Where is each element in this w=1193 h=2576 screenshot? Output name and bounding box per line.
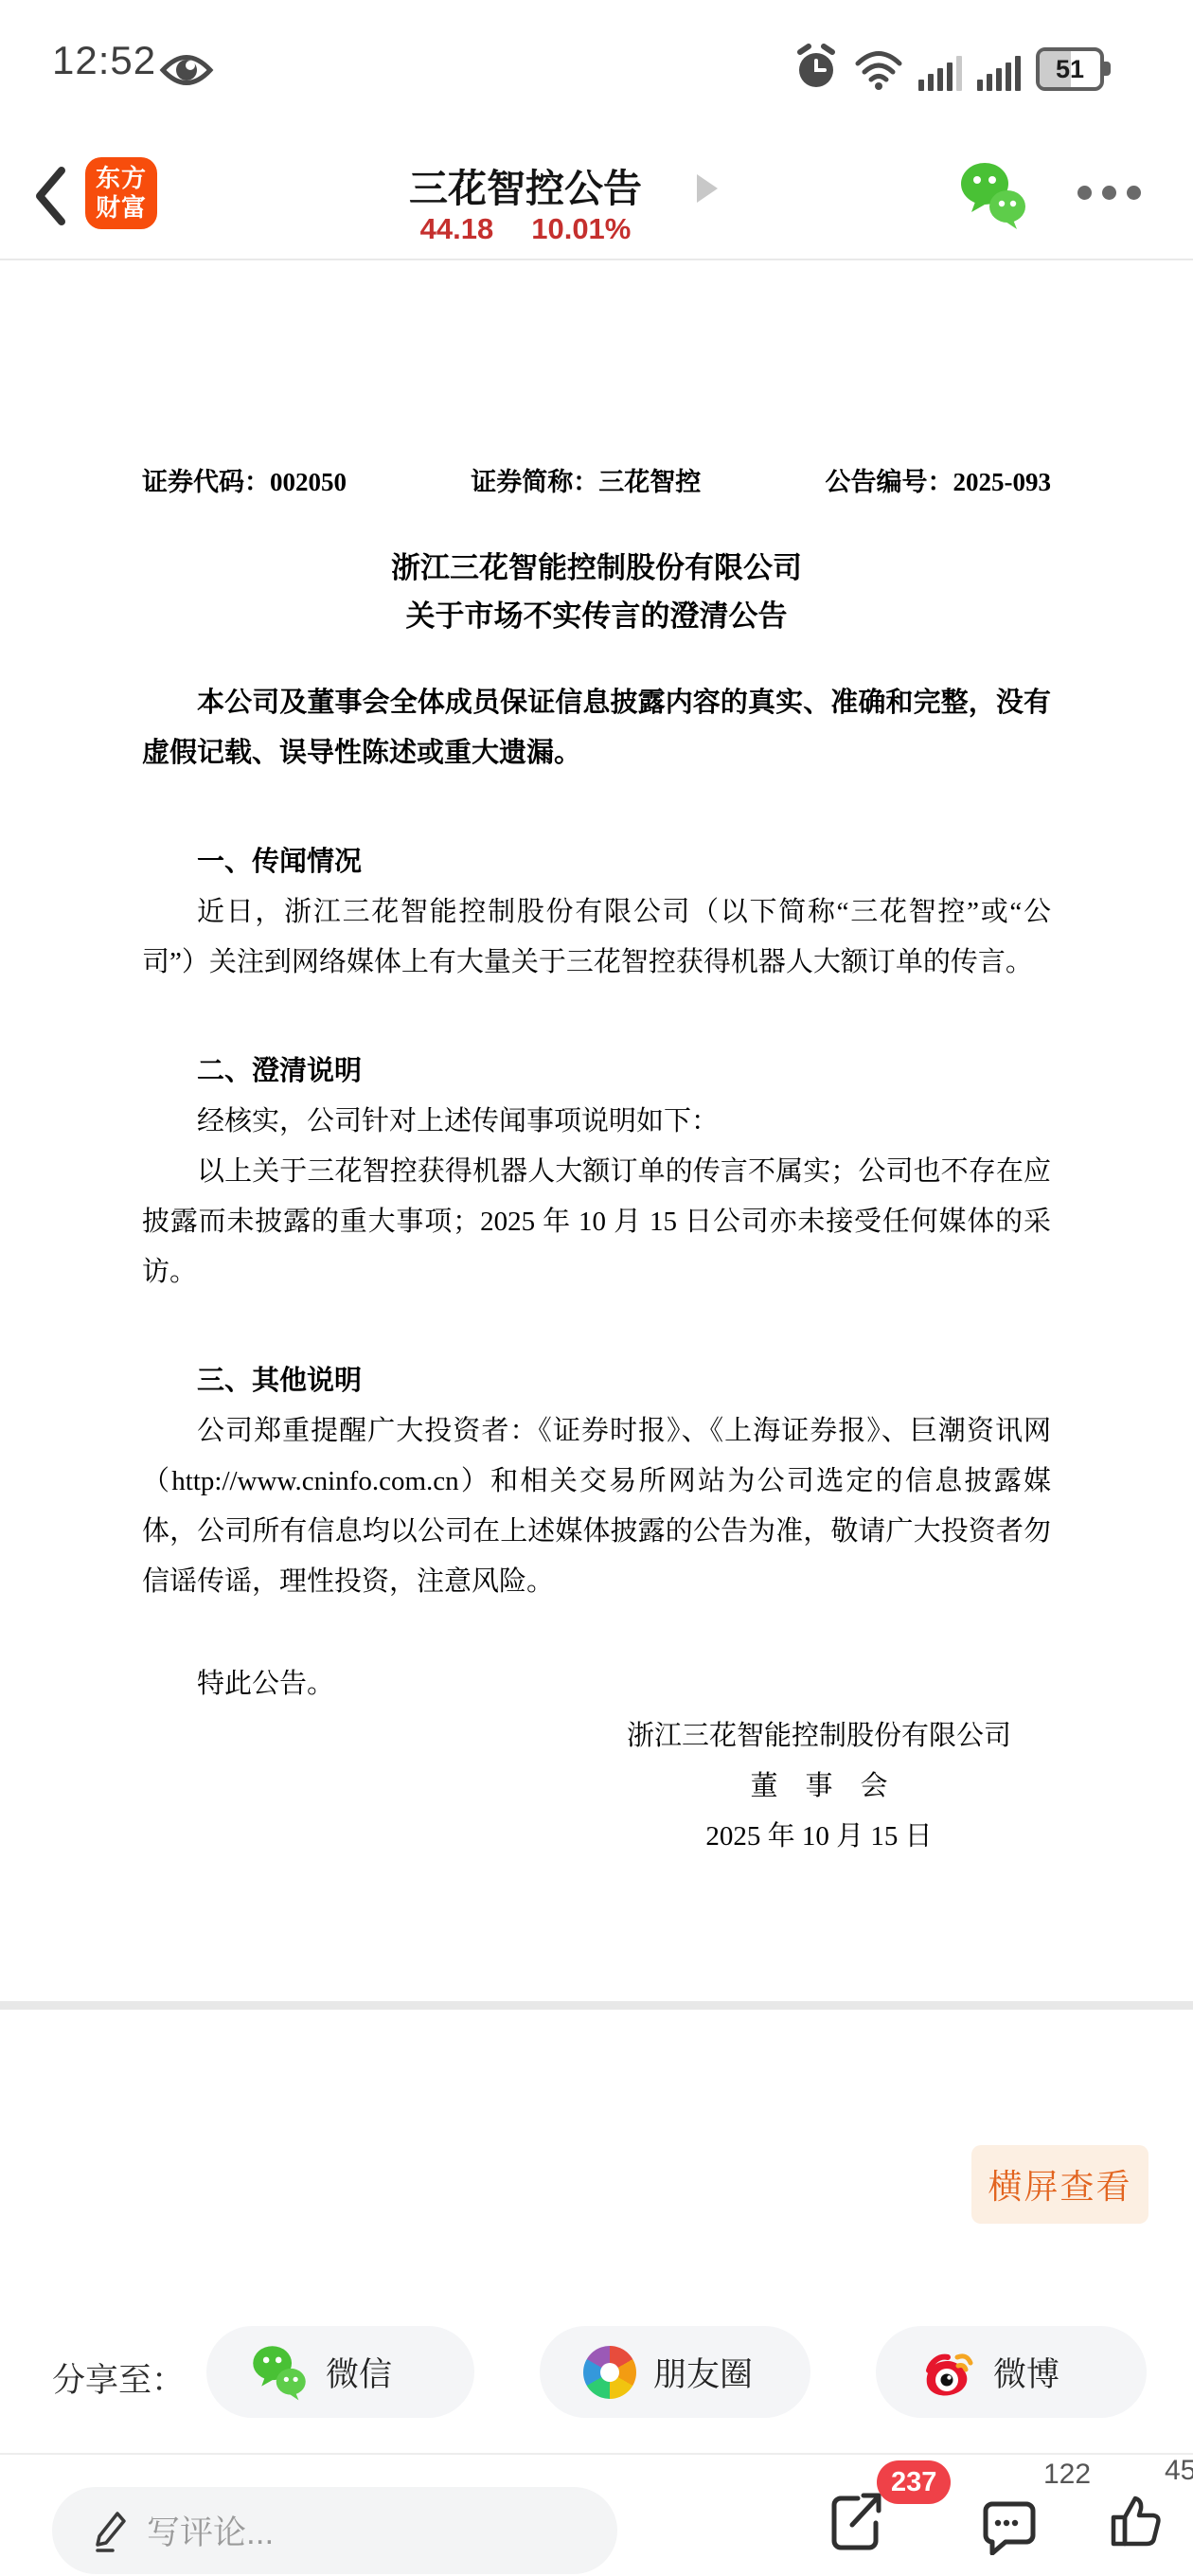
wifi-icon (854, 49, 903, 91)
comment-input[interactable]: 写评论... (52, 2487, 617, 2574)
signal-strength-icon-sim2 (977, 55, 1021, 91)
document-section-3: 三、其他说明 公司郑重提醒广大投资者：《证券时报》、《上海证券报》、巨潮资讯网（… (142, 1356, 1051, 1607)
share-wechat-label: 微信 (326, 2349, 392, 2396)
section-paragraph: 经核实，公司针对上述传闻事项说明如下： (142, 1097, 1051, 1147)
more-options-button[interactable] (1077, 186, 1141, 200)
signature-board: 董 事 会 (627, 1762, 1011, 1812)
stock-change: 10.01% (531, 212, 631, 246)
status-icons: 51 (793, 44, 1104, 91)
weibo-icon (919, 2344, 976, 2401)
signal-strength-icon-sim1 (918, 55, 962, 91)
bottom-bar-divider (0, 2453, 1193, 2455)
dot (1077, 186, 1092, 200)
like-count: 45 (1165, 2455, 1193, 2487)
chevron-left-icon (34, 166, 66, 226)
landscape-view-button[interactable]: 横屏查看 (971, 2145, 1148, 2224)
comment-button[interactable] (977, 2496, 1036, 2555)
battery-percent: 51 (1056, 57, 1084, 82)
battery-indicator: 51 (1036, 47, 1104, 91)
section-divider (0, 2001, 1193, 2010)
section-paragraph: 公司郑重提醒广大投资者：《证券时报》、《上海证券报》、巨潮资讯网（http://… (142, 1406, 1051, 1607)
document-title-line1: 浙江三花智能控制股份有限公司 (142, 544, 1051, 592)
clock-time: 12:52 (52, 38, 156, 83)
section-paragraph: 近日，浙江三花智能控制股份有限公司（以下简称“三花智控”或“公司”）关注到网络媒… (142, 887, 1051, 988)
share-wechat-button[interactable]: 微信 (206, 2326, 474, 2418)
section-heading: 二、澄清说明 (142, 1046, 1051, 1097)
title-arrow-icon (697, 174, 718, 203)
signature-date: 2025 年 10 月 15 日 (627, 1812, 1011, 1862)
alarm-icon (793, 44, 839, 91)
share-weibo-label: 微博 (993, 2349, 1059, 2396)
stock-quote: 44.18 10.01% (142, 212, 909, 246)
comment-count: 122 (1043, 2459, 1091, 2491)
announcement-number: 公告编号：2025-093 (826, 466, 1052, 498)
document-intro: 本公司及董事会全体成员保证信息披露内容的真实、准确和完整，没有虚假记载、误导性陈… (142, 678, 1051, 778)
document-section-1: 一、传闻情况 近日，浙江三花智能控制股份有限公司（以下简称“三花智控”或“公司”… (142, 837, 1051, 988)
section-paragraph: 以上关于三花智控获得机器人大额订单的传言不属实；公司也不存在应披露而未披露的重大… (142, 1147, 1051, 1297)
screen: 12:52 51 (0, 0, 1193, 2576)
signature-block: 浙江三花智能控制股份有限公司 董 事 会 2025 年 10 月 15 日 (627, 1711, 1011, 1862)
page-title: 三花智控公告 (142, 157, 909, 213)
share-moments-button[interactable]: 朋友圈 (540, 2326, 810, 2418)
signature-company: 浙江三花智能控制股份有限公司 (627, 1711, 1011, 1762)
comment-placeholder: 写评论... (147, 2507, 274, 2554)
logo-line1: 东方 (96, 164, 147, 193)
wechat-icon (250, 2343, 309, 2402)
document-meta-row: 证券代码：002050 证券简称：三花智控 公告编号：2025-093 (142, 466, 1051, 498)
security-code: 证券代码：002050 (142, 466, 347, 498)
share-weibo-button[interactable]: 微博 (876, 2326, 1147, 2418)
section-heading: 三、其他说明 (142, 1356, 1051, 1406)
moments-icon (583, 2346, 636, 2399)
dot (1127, 186, 1141, 200)
dot (1102, 186, 1116, 200)
share-moments-label: 朋友圈 (653, 2349, 753, 2396)
section-heading: 一、传闻情况 (142, 837, 1051, 887)
document-title-line2: 关于市场不实传言的澄清公告 (142, 592, 1051, 640)
like-button[interactable] (1106, 2491, 1166, 2551)
forward-count-badge: 237 (877, 2460, 951, 2504)
document-section-2: 二、澄清说明 经核实，公司针对上述传闻事项说明如下： 以上关于三花智控获得机器人… (142, 1046, 1051, 1297)
pencil-icon (94, 2509, 128, 2552)
battery-nub (1104, 62, 1111, 76)
stock-price: 44.18 (420, 212, 494, 246)
eye-protection-icon (159, 49, 214, 91)
logo-line2: 财富 (96, 193, 147, 223)
header-divider (0, 259, 1193, 260)
forward-button[interactable] (826, 2489, 886, 2553)
wechat-share-button[interactable] (958, 159, 1028, 231)
document-closing: 特此公告。 (142, 1659, 1051, 1709)
announcement-document: 证券代码：002050 证券简称：三花智控 公告编号：2025-093 浙江三花… (142, 466, 1051, 1862)
back-button[interactable] (28, 163, 72, 229)
share-to-label: 分享至： (52, 2354, 185, 2402)
security-name: 证券简称：三花智控 (471, 466, 701, 498)
